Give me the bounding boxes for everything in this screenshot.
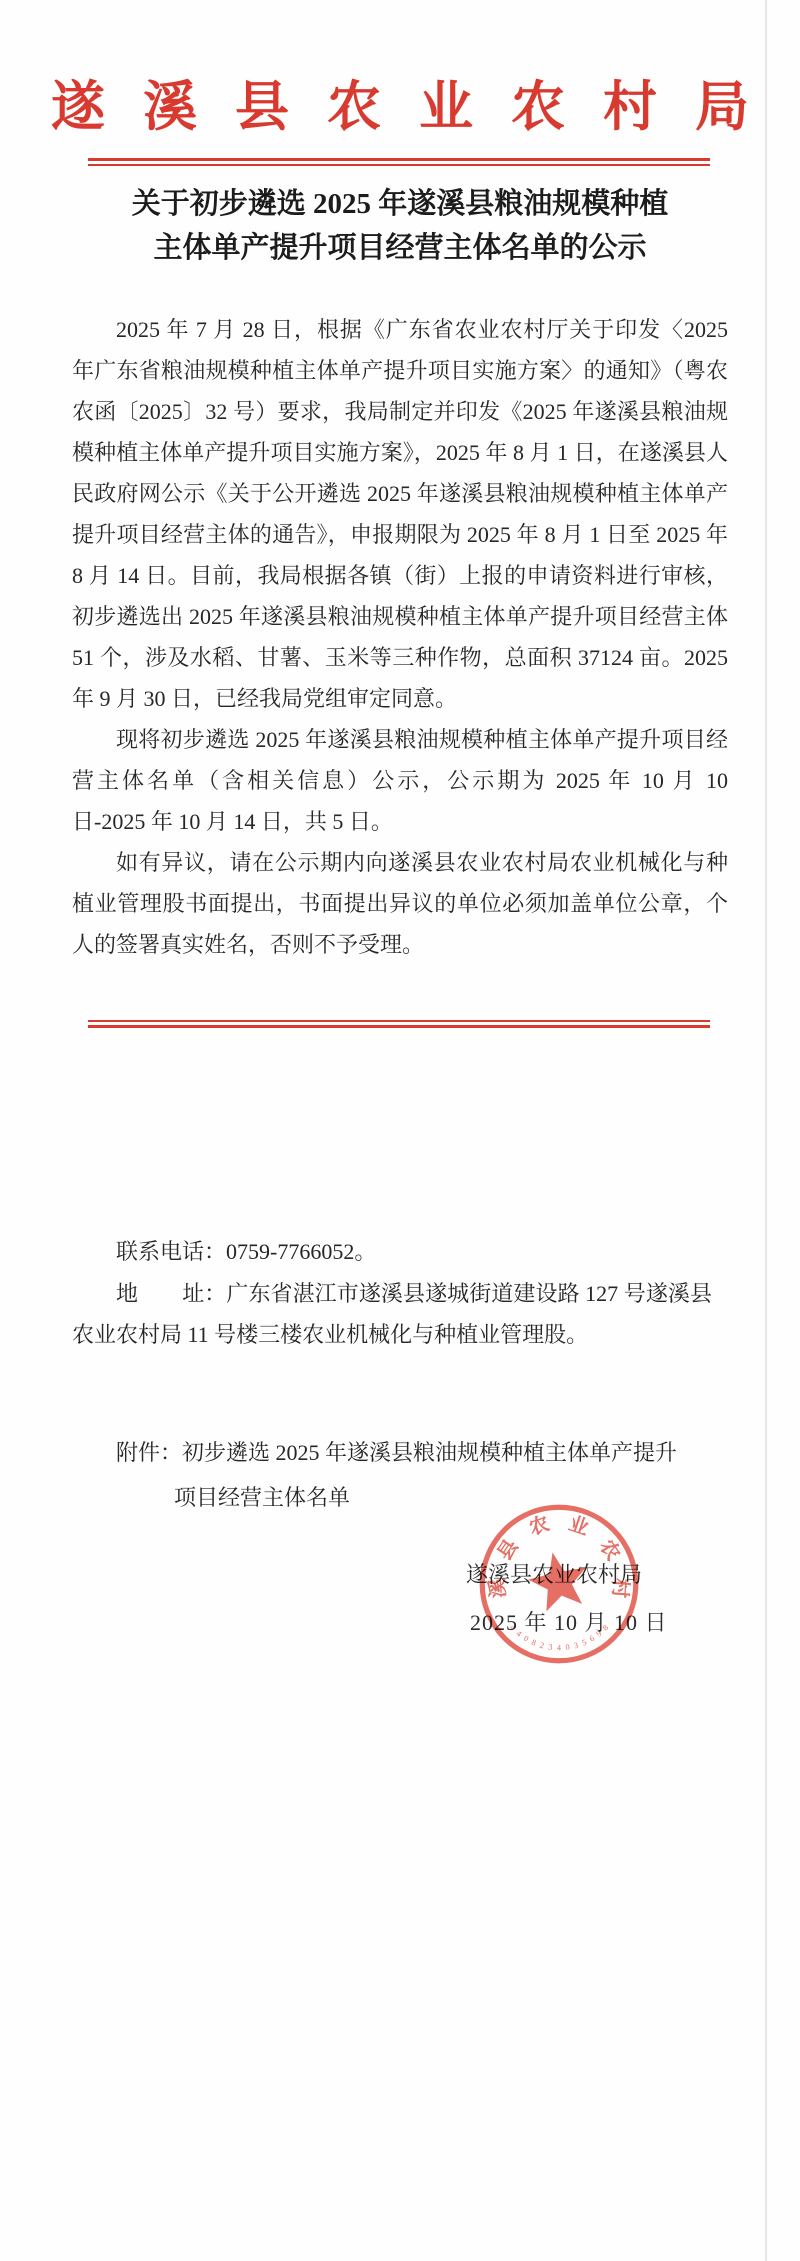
document-title: 关于初步遴选 2025 年遂溪县粮油规模种植 主体单产提升项目经营主体名单的公示 [40, 182, 760, 270]
closing-divider-rule [88, 1020, 710, 1028]
document-title-line2: 主体单产提升项目经营主体名单的公示 [40, 226, 760, 270]
contact-phone: 联系电话：0759-7766052。 [72, 1231, 712, 1273]
notice-body: 2025 年 7 月 28 日，根据《广东省农业农村厅关于印发〈2025 年广东… [72, 309, 728, 965]
body-paragraph-1: 2025 年 7 月 28 日，根据《广东省农业农村厅关于印发〈2025 年广东… [72, 309, 728, 719]
attachment-note: 附件：初步遴选 2025 年遂溪县粮油规模种植主体单产提升 项目经营主体名单 [72, 1430, 732, 1520]
official-notice-document: 遂溪县农业农村局 关于初步遴选 2025 年遂溪县粮油规模种植 主体单产提升项目… [0, 0, 800, 2261]
scan-page-edge [765, 0, 767, 2261]
letterhead-divider-rule [88, 158, 710, 166]
signature-block: 遂溪县农业农村局 2025 年 10 月 10 日 [462, 1558, 668, 1637]
agency-letterhead: 遂溪县农业农村局 [0, 64, 800, 141]
signing-agency: 遂溪县农业农村局 [466, 1558, 668, 1589]
contact-address: 地 址：广东省湛江市遂溪县遂城街道建设路 127 号遂溪县农业农村局 11 号楼… [72, 1273, 712, 1356]
document-title-line1: 关于初步遴选 2025 年遂溪县粮油规模种植 [40, 182, 760, 226]
contact-info: 联系电话：0759-7766052。 地 址：广东省湛江市遂溪县遂城街道建设路 … [72, 1231, 712, 1356]
body-paragraph-2: 现将初步遴选 2025 年遂溪县粮油规模种植主体单产提升项目经营主体名单（含相关… [72, 719, 728, 842]
signing-date: 2025 年 10 月 10 日 [470, 1606, 668, 1637]
body-paragraph-3: 如有异议，请在公示期内向遂溪县农业农村局农业机械化与种植业管理股书面提出，书面提… [72, 842, 728, 965]
attachment-line2: 项目经营主体名单 [174, 1475, 732, 1520]
attachment-line1: 附件：初步遴选 2025 年遂溪县粮油规模种植主体单产提升 [72, 1430, 732, 1475]
